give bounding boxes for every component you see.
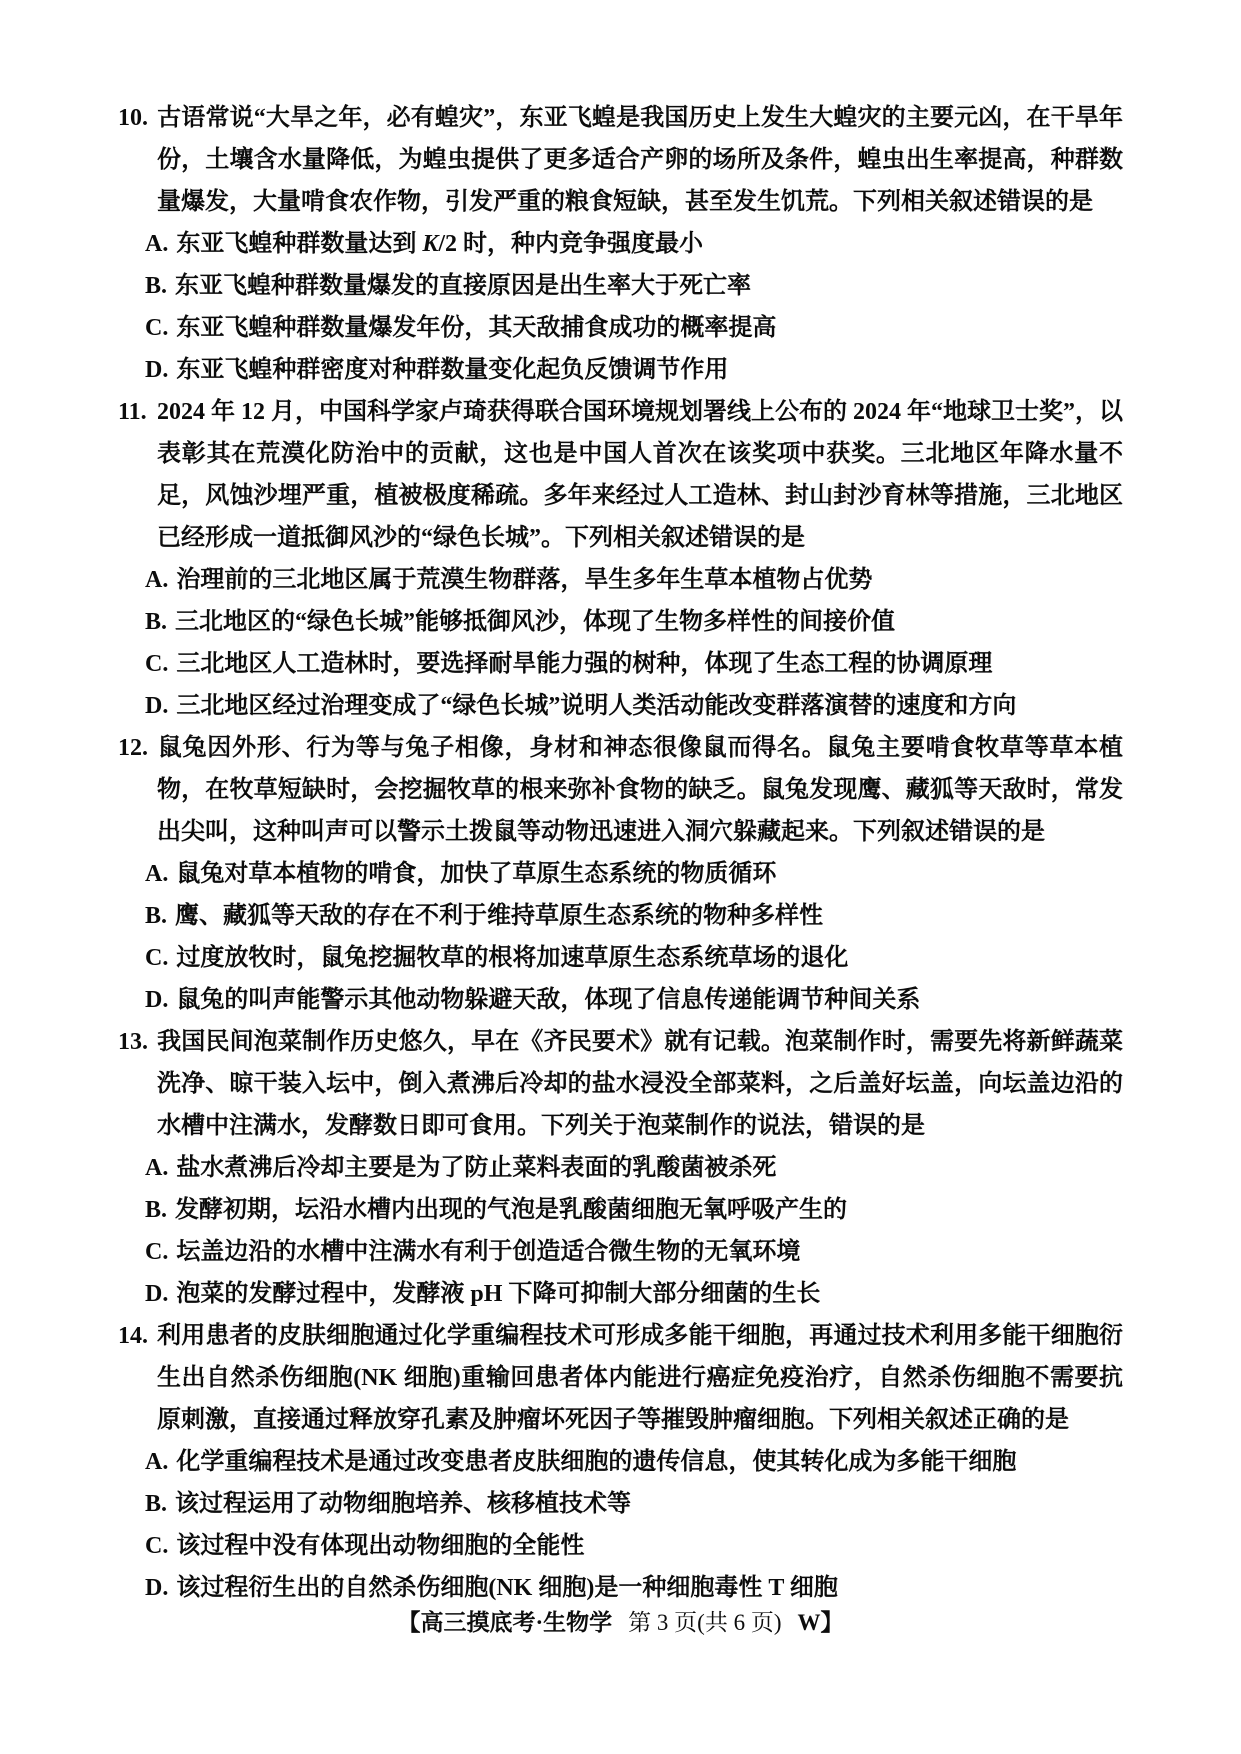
question-14-options: A.化学重编程技术是通过改变患者皮肤细胞的遗传信息，使其转化成为多能干细胞 B.…: [118, 1441, 1123, 1609]
question-11-stem: 11.2024 年 12 月，中国科学家卢琦获得联合国环境规划署线上公布的 20…: [118, 391, 1123, 559]
option-label: D.: [145, 987, 168, 1013]
question-12-option-a: A.鼠兔对草本植物的啃食，加快了草原生态系统的物质循环: [118, 853, 1123, 895]
question-13-number: 13.: [118, 1021, 157, 1063]
question-11-stem-text: 2024 年 12 月，中国科学家卢琦获得联合国环境规划署线上公布的 2024 …: [157, 399, 1123, 551]
option-label: C.: [145, 315, 168, 341]
option-text: 鹰、藏狐等天敌的存在不利于维持草原生态系统的物种多样性: [175, 903, 823, 929]
footer-version-code: W】: [798, 1610, 844, 1635]
question-12: 12.鼠兔因外形、行为等与兔子相像，身材和神态很像鼠而得名。鼠兔主要啃食牧草等草…: [118, 727, 1123, 1021]
question-14-number: 14.: [118, 1315, 157, 1357]
option-label: C.: [145, 1533, 168, 1559]
option-text: 东亚飞蝗种群密度对种群数量变化起负反馈调节作用: [176, 357, 728, 383]
question-12-stem: 12.鼠兔因外形、行为等与兔子相像，身材和神态很像鼠而得名。鼠兔主要啃食牧草等草…: [118, 727, 1123, 853]
option-text: 东亚飞蝗种群数量达到 K/2 时，种内竞争强度最小: [176, 231, 703, 257]
option-label: A.: [145, 567, 168, 593]
question-14-option-d: D.该过程衍生出的自然杀伤细胞(NK 细胞)是一种细胞毒性 T 细胞: [118, 1567, 1123, 1609]
question-12-option-d: D.鼠兔的叫声能警示其他动物躲避天敌，体现了信息传递能调节种间关系: [118, 979, 1123, 1021]
footer-exam-title: 【高三摸底考·生物学: [398, 1610, 613, 1635]
option-label: B.: [145, 903, 167, 929]
question-13: 13.我国民间泡菜制作历史悠久，早在《齐民要术》就有记载。泡菜制作时，需要先将新…: [118, 1021, 1123, 1315]
option-text: 东亚飞蝗种群数量爆发的直接原因是出生率大于死亡率: [175, 273, 751, 299]
question-10-option-d: D.东亚飞蝗种群密度对种群数量变化起负反馈调节作用: [118, 349, 1123, 391]
option-text: 鼠兔的叫声能警示其他动物躲避天敌，体现了信息传递能调节种间关系: [176, 987, 920, 1013]
question-10-number: 10.: [118, 97, 157, 139]
option-text: 三北地区人工造林时，要选择耐旱能力强的树种，体现了生态工程的协调原理: [176, 651, 992, 677]
option-text: 该过程运用了动物细胞培养、核移植技术等: [175, 1491, 631, 1517]
question-14-option-c: C.该过程中没有体现出动物细胞的全能性: [118, 1525, 1123, 1567]
question-12-stem-text: 鼠兔因外形、行为等与兔子相像，身材和神态很像鼠而得名。鼠兔主要啃食牧草等草本植物…: [157, 735, 1123, 845]
question-12-option-c: C.过度放牧时，鼠兔挖掘牧草的根将加速草原生态系统草场的退化: [118, 937, 1123, 979]
option-text: 盐水煮沸后冷却主要是为了防止菜料表面的乳酸菌被杀死: [176, 1155, 776, 1181]
option-text: 鼠兔对草本植物的啃食，加快了草原生态系统的物质循环: [176, 861, 776, 887]
question-13-stem-text: 我国民间泡菜制作历史悠久，早在《齐民要术》就有记载。泡菜制作时，需要先将新鲜蔬菜…: [157, 1029, 1123, 1139]
question-11-option-b: B.三北地区的“绿色长城”能够抵御风沙，体现了生物多样性的间接价值: [118, 601, 1123, 643]
question-11-options: A.治理前的三北地区属于荒漠生物群落，旱生多年生草本植物占优势 B.三北地区的“…: [118, 559, 1123, 727]
option-text: 泡菜的发酵过程中，发酵液 pH 下降可抑制大部分细菌的生长: [176, 1281, 820, 1307]
question-11-option-c: C.三北地区人工造林时，要选择耐旱能力强的树种，体现了生态工程的协调原理: [118, 643, 1123, 685]
question-10-option-c: C.东亚飞蝗种群数量爆发年份，其天敌捕食成功的概率提高: [118, 307, 1123, 349]
question-13-option-c: C.坛盖边沿的水槽中注满水有利于创造适合微生物的无氧环境: [118, 1231, 1123, 1273]
option-label: D.: [145, 1281, 168, 1307]
question-11: 11.2024 年 12 月，中国科学家卢琦获得联合国环境规划署线上公布的 20…: [118, 391, 1123, 727]
option-label: B.: [145, 273, 167, 299]
option-label: B.: [145, 1491, 167, 1517]
option-label: A.: [145, 1155, 168, 1181]
option-label: A.: [145, 1449, 168, 1475]
questions-area: 10.古语常说“大旱之年，必有蝗灾”，东亚飞蝗是我国历史上发生大蝗灾的主要元凶，…: [118, 97, 1123, 1609]
option-text: 三北地区的“绿色长城”能够抵御风沙，体现了生物多样性的间接价值: [175, 609, 895, 635]
question-11-number: 11.: [118, 391, 157, 433]
question-10-options: A.东亚飞蝗种群数量达到 K/2 时，种内竞争强度最小 B.东亚飞蝗种群数量爆发…: [118, 223, 1123, 391]
option-text: 治理前的三北地区属于荒漠生物群落，旱生多年生草本植物占优势: [176, 567, 872, 593]
question-10: 10.古语常说“大旱之年，必有蝗灾”，东亚飞蝗是我国历史上发生大蝗灾的主要元凶，…: [118, 97, 1123, 391]
option-label: A.: [145, 861, 168, 887]
question-12-options: A.鼠兔对草本植物的啃食，加快了草原生态系统的物质循环 B.鹰、藏狐等天敌的存在…: [118, 853, 1123, 1021]
option-label: C.: [145, 651, 168, 677]
option-text: 坛盖边沿的水槽中注满水有利于创造适合微生物的无氧环境: [176, 1239, 800, 1265]
page-footer: 【高三摸底考·生物学第 3 页(共 6 页)W】: [0, 1607, 1241, 1639]
question-12-option-b: B.鹰、藏狐等天敌的存在不利于维持草原生态系统的物种多样性: [118, 895, 1123, 937]
option-text: 东亚飞蝗种群数量爆发年份，其天敌捕食成功的概率提高: [176, 315, 776, 341]
question-14-option-b: B.该过程运用了动物细胞培养、核移植技术等: [118, 1483, 1123, 1525]
question-10-option-a: A.东亚飞蝗种群数量达到 K/2 时，种内竞争强度最小: [118, 223, 1123, 265]
option-text: 三北地区经过治理变成了“绿色长城”说明人类活动能改变群落演替的速度和方向: [176, 693, 1016, 719]
question-14: 14.利用患者的皮肤细胞通过化学重编程技术可形成多能干细胞，再通过技术利用多能干…: [118, 1315, 1123, 1609]
question-11-option-a: A.治理前的三北地区属于荒漠生物群落，旱生多年生草本植物占优势: [118, 559, 1123, 601]
option-label: D.: [145, 1575, 168, 1601]
question-13-stem: 13.我国民间泡菜制作历史悠久，早在《齐民要术》就有记载。泡菜制作时，需要先将新…: [118, 1021, 1123, 1147]
option-label: D.: [145, 357, 168, 383]
question-13-option-a: A.盐水煮沸后冷却主要是为了防止菜料表面的乳酸菌被杀死: [118, 1147, 1123, 1189]
option-label: C.: [145, 945, 168, 971]
option-label: C.: [145, 1239, 168, 1265]
option-label: B.: [145, 1197, 167, 1223]
question-10-option-b: B.东亚飞蝗种群数量爆发的直接原因是出生率大于死亡率: [118, 265, 1123, 307]
question-11-option-d: D.三北地区经过治理变成了“绿色长城”说明人类活动能改变群落演替的速度和方向: [118, 685, 1123, 727]
option-label: A.: [145, 231, 168, 257]
question-10-stem-text: 古语常说“大旱之年，必有蝗灾”，东亚飞蝗是我国历史上发生大蝗灾的主要元凶，在干旱…: [157, 105, 1123, 215]
option-text: 过度放牧时，鼠兔挖掘牧草的根将加速草原生态系统草场的退化: [176, 945, 848, 971]
option-label: B.: [145, 609, 167, 635]
question-14-option-a: A.化学重编程技术是通过改变患者皮肤细胞的遗传信息，使其转化成为多能干细胞: [118, 1441, 1123, 1483]
option-label: D.: [145, 693, 168, 719]
question-10-stem: 10.古语常说“大旱之年，必有蝗灾”，东亚飞蝗是我国历史上发生大蝗灾的主要元凶，…: [118, 97, 1123, 223]
option-text: 该过程中没有体现出动物细胞的全能性: [176, 1533, 584, 1559]
question-13-options: A.盐水煮沸后冷却主要是为了防止菜料表面的乳酸菌被杀死 B.发酵初期，坛沿水槽内…: [118, 1147, 1123, 1315]
footer-page-number: 第 3 页(共 6 页): [628, 1610, 781, 1635]
question-13-option-d: D.泡菜的发酵过程中，发酵液 pH 下降可抑制大部分细菌的生长: [118, 1273, 1123, 1315]
option-text: 化学重编程技术是通过改变患者皮肤细胞的遗传信息，使其转化成为多能干细胞: [176, 1449, 1016, 1475]
question-14-stem: 14.利用患者的皮肤细胞通过化学重编程技术可形成多能干细胞，再通过技术利用多能干…: [118, 1315, 1123, 1441]
question-12-number: 12.: [118, 727, 157, 769]
option-text: 发酵初期，坛沿水槽内出现的气泡是乳酸菌细胞无氧呼吸产生的: [175, 1197, 847, 1223]
option-text: 该过程衍生出的自然杀伤细胞(NK 细胞)是一种细胞毒性 T 细胞: [176, 1575, 838, 1601]
exam-page: { "questions": [ { "number": "10.", "ste…: [0, 0, 1241, 1754]
question-13-option-b: B.发酵初期，坛沿水槽内出现的气泡是乳酸菌细胞无氧呼吸产生的: [118, 1189, 1123, 1231]
question-14-stem-text: 利用患者的皮肤细胞通过化学重编程技术可形成多能干细胞，再通过技术利用多能干细胞衍…: [157, 1323, 1123, 1433]
